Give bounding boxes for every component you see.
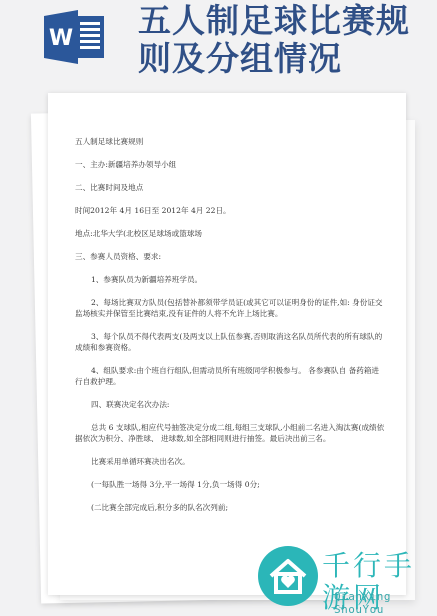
doc-line: 地点:北华大学(北校区足球场或篮球场 bbox=[75, 228, 385, 239]
document-page: 五人制足球比赛规则 一、主办:新疆培养办领导小组 二、比赛时间及地点 时间201… bbox=[48, 93, 406, 595]
doc-line: 2、每场比赛双方队员(包括替补都须带学员证(或其它可以证明身份的证件,如: 身份… bbox=[75, 297, 385, 319]
page-title: 五人制足球比赛规 则及分组情况 bbox=[138, 2, 428, 78]
document-body: 五人制足球比赛规则 一、主办:新疆培养办领导小组 二、比赛时间及地点 时间201… bbox=[75, 136, 385, 525]
doc-line: 总共 6 支球队,相应代号抽签决定分成二组,每组三支球队,小组前二名进入淘汰赛(… bbox=[75, 422, 385, 444]
watermark-logo: 千行手游网 QianXing ShouYou bbox=[258, 546, 437, 616]
doc-line: 时间2012年 4月 16日至 2012年 4月 22日。 bbox=[75, 205, 385, 216]
doc-line: 1、参赛队员为新疆培养班学员。 bbox=[75, 274, 385, 285]
svg-text:W: W bbox=[49, 26, 73, 51]
doc-line: 比赛采用单循环赛决出名次。 bbox=[75, 456, 385, 467]
header: W 五人制足球比赛规 则及分组情况 bbox=[0, 0, 437, 80]
doc-line: 四、联赛决定名次办法: bbox=[75, 399, 385, 410]
title-line-1: 五人制足球比赛规 bbox=[138, 2, 428, 40]
doc-line: (一每队胜一场得 3分,平一场得 1分,负一场得 0分; bbox=[75, 479, 385, 490]
title-line-2: 则及分组情况 bbox=[138, 40, 428, 78]
house-heart-icon bbox=[258, 546, 318, 606]
doc-line: 二、比赛时间及地点 bbox=[75, 182, 385, 193]
doc-line: (二比赛全部完成后,积分多的队名次列前; bbox=[75, 502, 385, 513]
doc-line: 一、主办:新疆培养办领导小组 bbox=[75, 159, 385, 170]
doc-line: 3、每个队员不得代表两支(及两支以上队伍参赛,否则取消这名队员所代表的所有球队的… bbox=[75, 331, 385, 353]
doc-heading: 五人制足球比赛规则 bbox=[75, 136, 385, 147]
doc-line: 4、组队要求:由个班自行组队,但需动员所有班级同学积极参与。 各参赛队自 备药箱… bbox=[75, 365, 385, 387]
logo-subtitle: QianXing ShouYou bbox=[334, 590, 437, 616]
doc-line: 三、参赛人员资格、要求: bbox=[75, 251, 385, 262]
logo-circle bbox=[258, 546, 318, 606]
word-icon: W bbox=[42, 8, 106, 66]
